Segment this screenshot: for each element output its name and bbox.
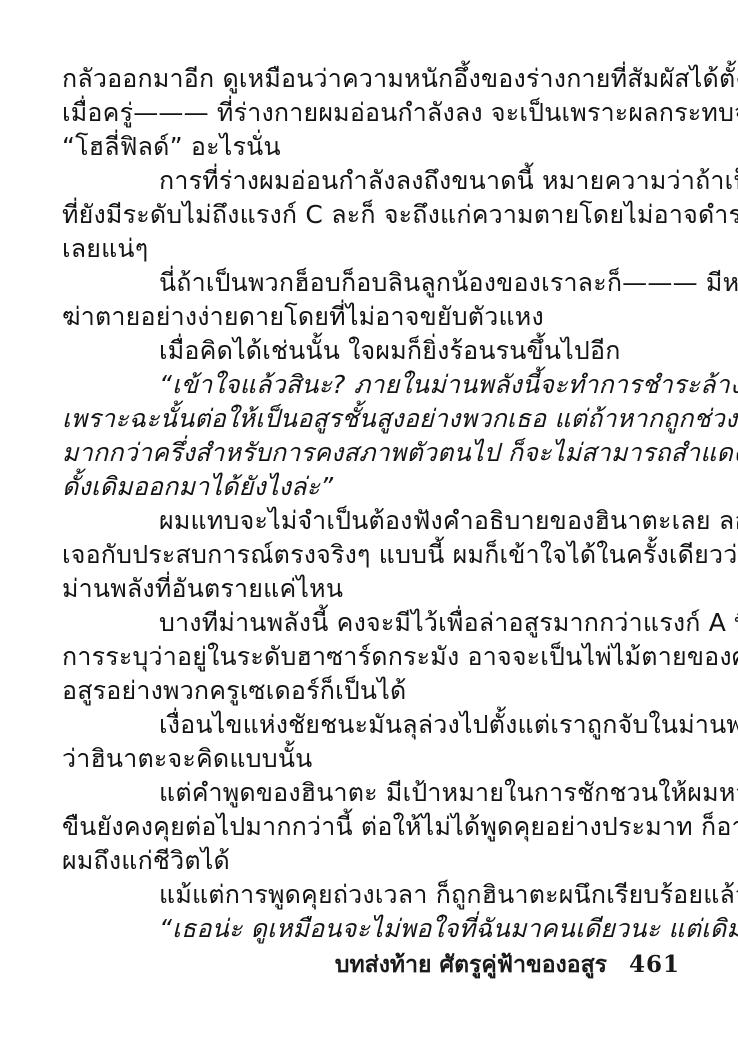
paragraph: เงื่อนไขแห่งชัยชนะมันลุล่วงไปตั้งแต่เราถ… bbox=[62, 708, 680, 776]
text-line: ขืนยังคงคุยต่อไปมากกว่านี้ ต่อให้ไม่ได้พ… bbox=[62, 810, 680, 844]
text-line: “เธอน่ะ ดูเหมือนจะไม่พอใจที่ฉันมาคนเดียว… bbox=[62, 912, 680, 946]
paragraph: กลัวออกมาอีก ดูเหมือนว่าความหนักอึ้งของร… bbox=[62, 62, 680, 164]
text-line: การที่ร่างผมอ่อนกำลังลงถึงขนาดนี้ หมายคว… bbox=[62, 164, 680, 198]
page-number: 461 bbox=[629, 951, 680, 978]
paragraph: ผมแทบจะไม่จำเป็นต้องฟังคำอธิบายของฮินาตะ… bbox=[62, 504, 680, 606]
text-line: แต่คำพูดของฮินาตะ มีเป้าหมายในการชักชวนใ… bbox=[62, 776, 680, 810]
footer-chapter-label: บทส่งท้าย bbox=[335, 951, 432, 978]
text-line: นี่ถ้าเป็นพวกฮ็อบก็อบลินลูกน้องของเราละก… bbox=[62, 266, 680, 300]
text-line: ผมถึงแก่ชีวิตได้ bbox=[62, 844, 680, 878]
paragraph: เมื่อคิดได้เช่นนั้น ใจผมก็ยิ่งร้อนรนขึ้น… bbox=[62, 334, 680, 368]
paragraph: การที่ร่างผมอ่อนกำลังลงถึงขนาดนี้ หมายคว… bbox=[62, 164, 680, 266]
paragraph: แต่คำพูดของฮินาตะ มีเป้าหมายในการชักชวนใ… bbox=[62, 776, 680, 878]
paragraph: นี่ถ้าเป็นพวกฮ็อบก็อบลินลูกน้องของเราละก… bbox=[62, 266, 680, 334]
text-line: เมื่อครู่——— ที่ร่างกายผมอ่อนกำลังลง จะเ… bbox=[62, 96, 680, 130]
text-line: การระบุว่าอยู่ในระดับฮาซาร์ดกระมัง อาจจะ… bbox=[62, 640, 680, 674]
text-line: เมื่อคิดได้เช่นนั้น ใจผมก็ยิ่งร้อนรนขึ้น… bbox=[62, 334, 680, 368]
paragraph: “เข้าใจแล้วสินะ? ภายในม่านพลังนี้จะทำการ… bbox=[62, 368, 680, 504]
paragraph: “เธอน่ะ ดูเหมือนจะไม่พอใจที่ฉันมาคนเดียว… bbox=[62, 912, 680, 946]
page-body: กลัวออกมาอีก ดูเหมือนว่าความหนักอึ้งของร… bbox=[62, 62, 680, 946]
paragraph: บางทีม่านพลังนี้ คงจะมีไว้เพื่อล่าอสูรมา… bbox=[62, 606, 680, 708]
text-line: ผมแทบจะไม่จำเป็นต้องฟังคำอธิบายของฮินาตะ… bbox=[62, 504, 680, 538]
text-line: เจอกับประสบการณ์ตรงจริงๆ แบบนี้ ผมก็เข้า… bbox=[62, 538, 680, 572]
text-line: อสูรอย่างพวกครูเซเดอร์ก็เป็นได้ bbox=[62, 674, 680, 708]
paragraph: แม้แต่การพูดคุยถ่วงเวลา ก็ถูกฮินาตะผนึกเ… bbox=[62, 878, 680, 912]
text-line: ที่ยังมีระดับไม่ถึงแรงก์ C ละก็ จะถึงแก่… bbox=[62, 198, 680, 232]
text-line: ว่าฮินาตะจะคิดแบบนั้น bbox=[62, 742, 680, 776]
page-footer: บทส่งท้าย ศัตรูคู่ฟ้าของอสูร 461 bbox=[62, 950, 680, 980]
text-line: แม้แต่การพูดคุยถ่วงเวลา ก็ถูกฮินาตะผนึกเ… bbox=[62, 878, 680, 912]
text-line: บางทีม่านพลังนี้ คงจะมีไว้เพื่อล่าอสูรมา… bbox=[62, 606, 680, 640]
text-line: ดั้งเดิมออกมาได้ยังไงล่ะ” bbox=[62, 470, 680, 504]
text-line: เงื่อนไขแห่งชัยชนะมันลุล่วงไปตั้งแต่เราถ… bbox=[62, 708, 680, 742]
footer-book-title: ศัตรูคู่ฟ้าของอสูร bbox=[440, 951, 607, 978]
text-line: เพราะฉะนั้นต่อให้เป็นอสูรชั้นสูงอย่างพวก… bbox=[62, 402, 680, 436]
text-line: ม่านพลังที่อันตรายแค่ไหน bbox=[62, 572, 680, 606]
text-line: กลัวออกมาอีก ดูเหมือนว่าความหนักอึ้งของร… bbox=[62, 62, 680, 96]
text-line: เลยแน่ๆ bbox=[62, 232, 680, 266]
text-line: “เข้าใจแล้วสินะ? ภายในม่านพลังนี้จะทำการ… bbox=[62, 368, 680, 402]
text-line: มากกว่าครึ่งสำหรับการคงสภาพตัวตนไป ก็จะไ… bbox=[62, 436, 680, 470]
text-line: ฆ่าตายอย่างง่ายดายโดยที่ไม่อาจขยับตัวแหง bbox=[62, 300, 680, 334]
book-page: กลัวออกมาอีก ดูเหมือนว่าความหนักอึ้งของร… bbox=[0, 0, 738, 1051]
text-line: “โฮลี่ฟิลด์” อะไรนั่น bbox=[62, 130, 680, 164]
